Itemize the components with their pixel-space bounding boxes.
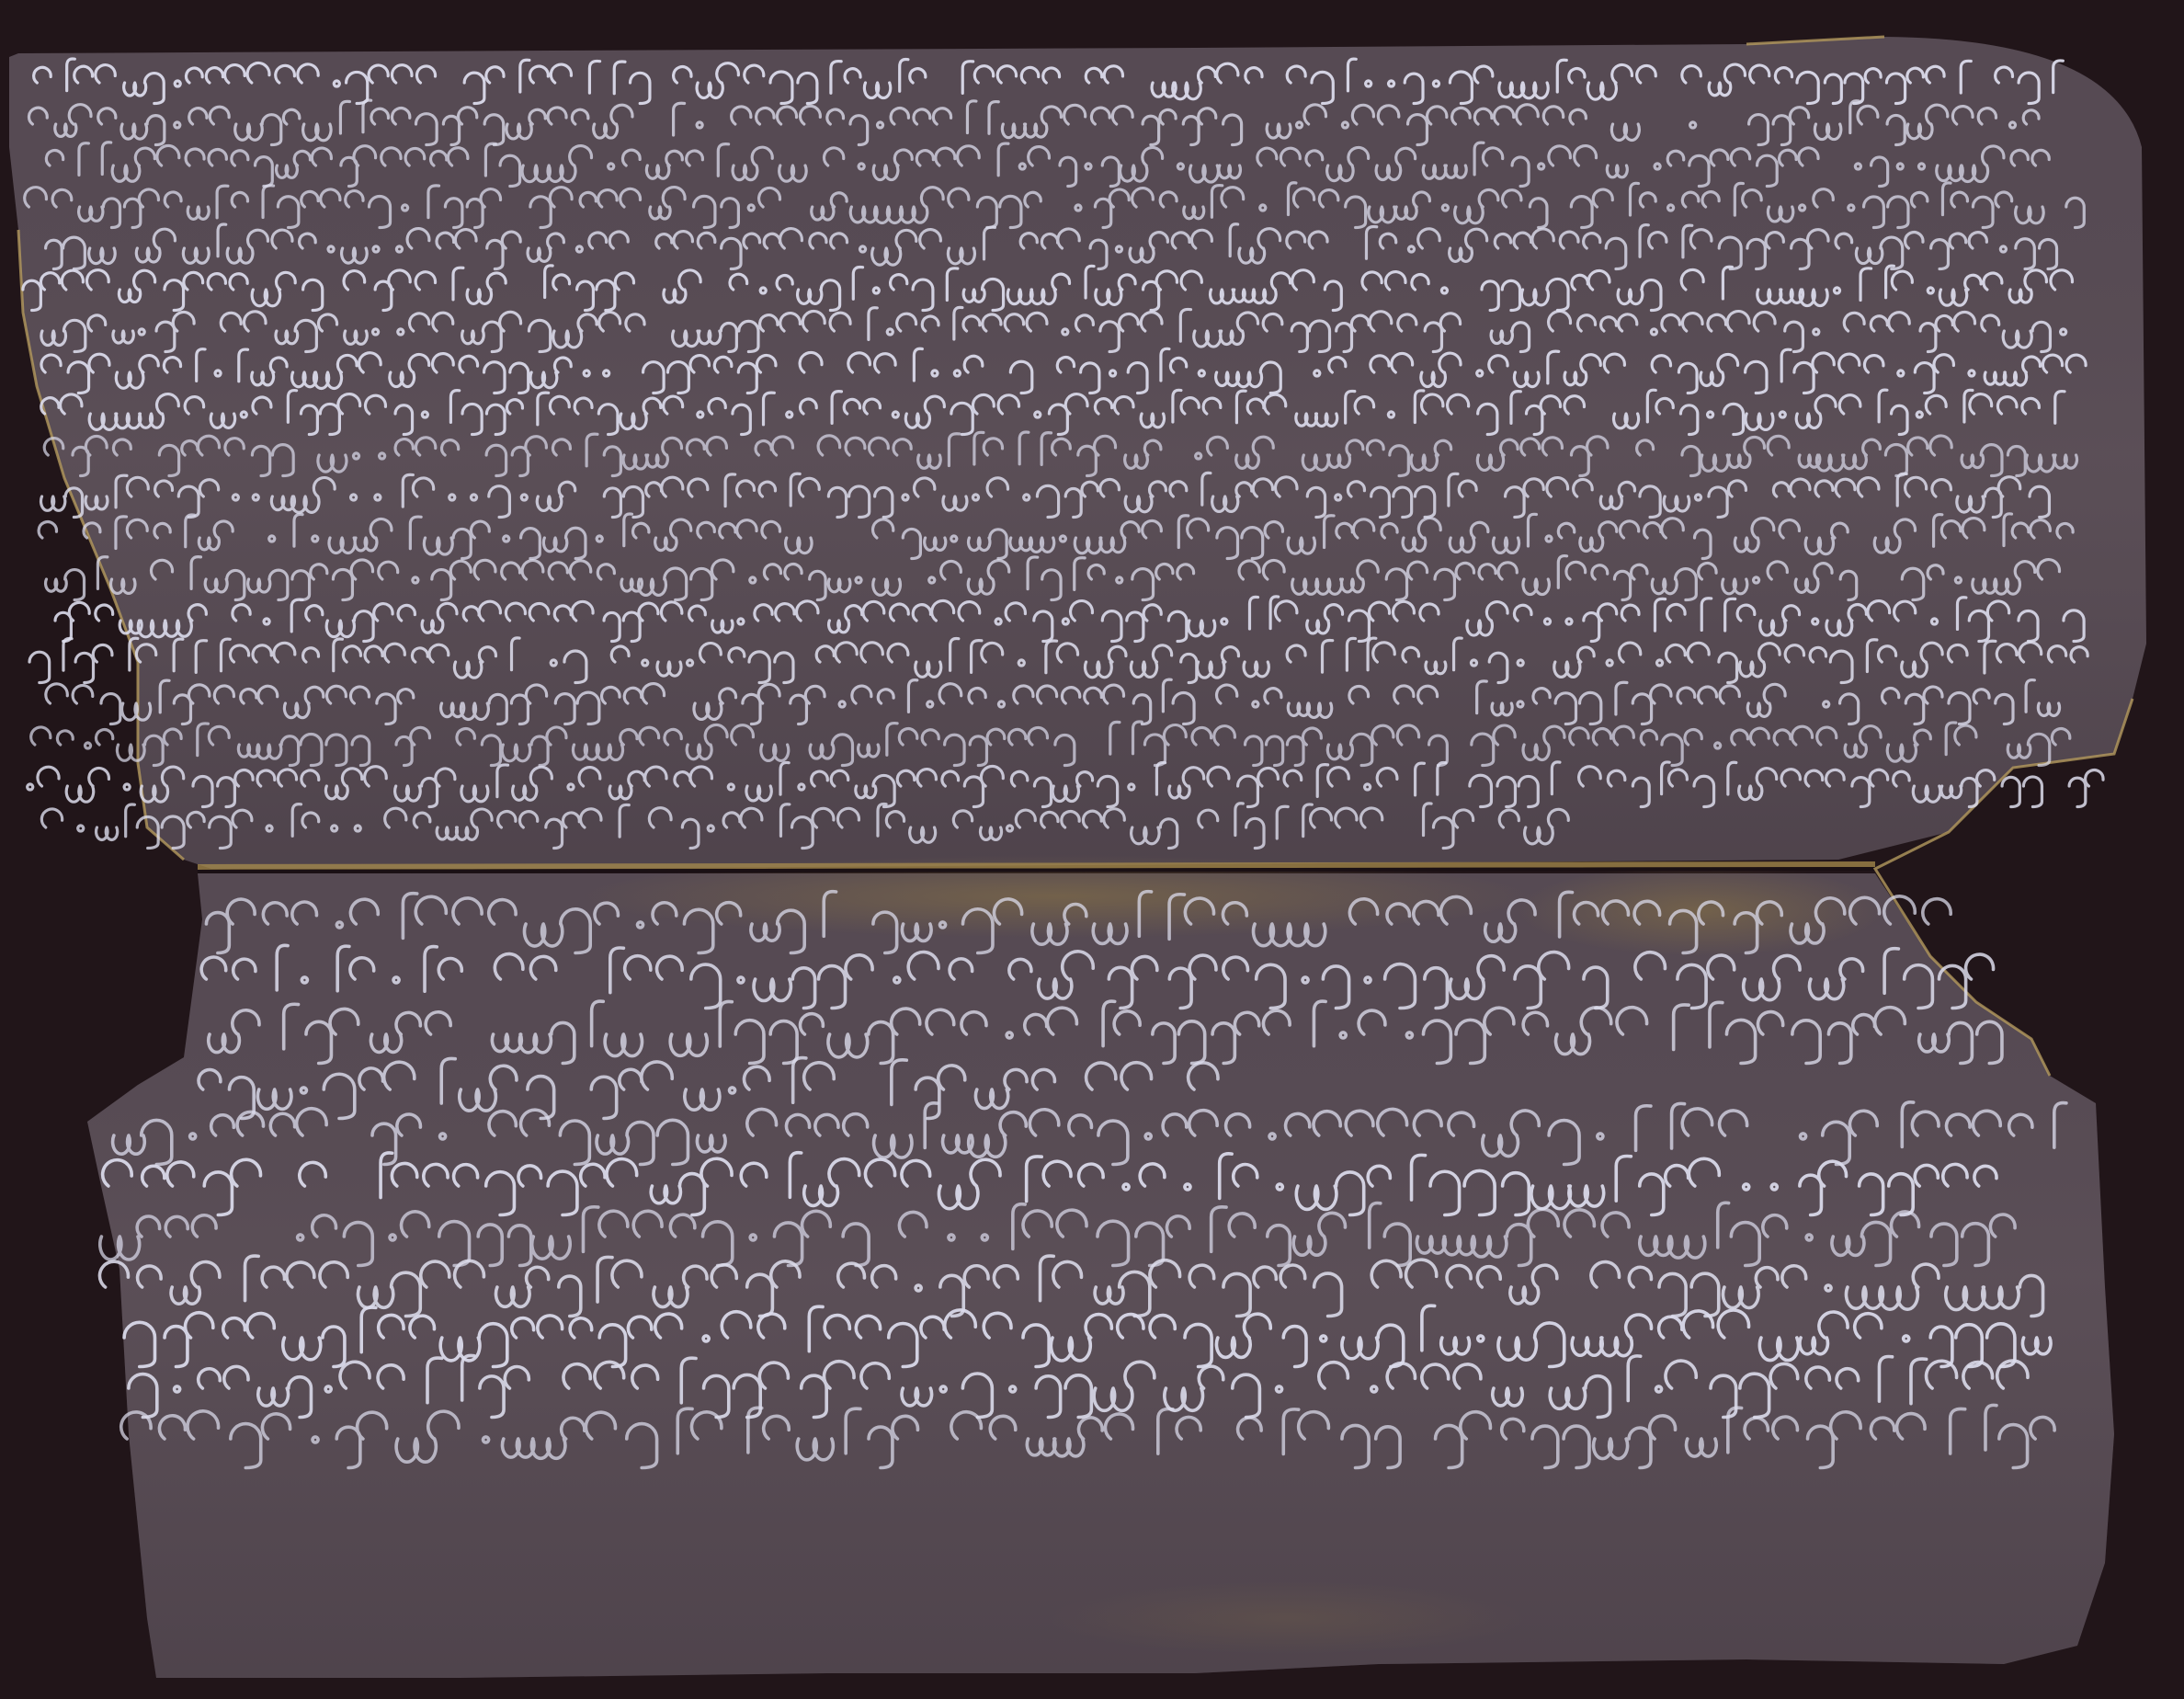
lower-stain	[1048, 1581, 1526, 1655]
fold-crease-highlight	[198, 864, 1875, 867]
manuscript-photo	[0, 0, 2184, 1699]
